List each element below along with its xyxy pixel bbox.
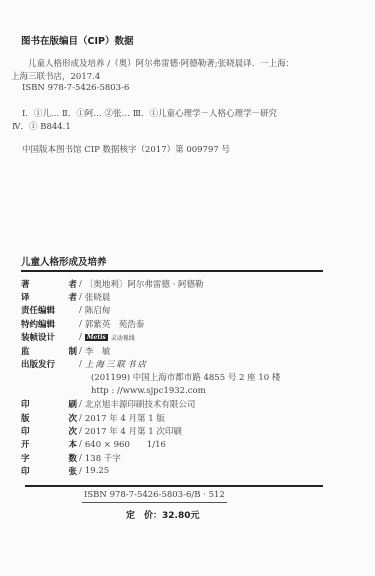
- publisher-website: http : //www.sjpc1932.com: [21, 384, 280, 397]
- cip-line-2: 上海三联书店，2017.4: [11, 70, 100, 82]
- credit-author: 著者 /〔奥地利〕阿尔弗雷德 · 阿德勒: [21, 277, 280, 290]
- credit-word-count: 字数 /138 千字: [21, 451, 280, 464]
- credit-supervisor: 监制 /李 敏: [21, 344, 280, 357]
- cip-line-1: 儿童人格形成及培养 /（奥）阿尔弗雷德·阿德勒著;张晓晨译．一上海：: [28, 57, 294, 69]
- cip-verification: 中国版本图书馆 CIP 数据核字（2017）第 009797 号: [22, 143, 230, 155]
- book-title: 儿童人格形成及培养: [21, 254, 107, 268]
- cip-isbn: ISBN 978-7-5426-5803-6: [22, 83, 129, 93]
- price: 定 价：32.80元: [126, 508, 199, 521]
- credit-design: 装帧设计 / Metis 灵动视线: [21, 331, 280, 344]
- credit-edition: 版次 /2017 年 4 月第 1 版: [21, 411, 280, 424]
- cip-title: 图书在版编目（CIP）数据: [21, 33, 133, 47]
- credits-block: 著者 /〔奥地利〕阿尔弗雷德 · 阿德勒 译者 /张晓晨 责任编辑 /陈启甸 特…: [21, 277, 280, 478]
- credit-editor: 责任编辑 /陈启甸: [21, 304, 280, 317]
- cip-line-5: Ⅳ．① B844.1: [12, 120, 71, 132]
- cip-line-4: Ⅰ．①儿… Ⅱ．①阿… ②张… Ⅲ．①儿童心理学－人格心理学－研究: [22, 107, 277, 119]
- credit-translator: 译者 /张晓晨: [21, 290, 280, 303]
- credit-sheets: 印张 /19.25: [21, 464, 280, 477]
- title-rule: [21, 270, 323, 272]
- publisher-logotype: 上海三联书店: [85, 358, 148, 370]
- metis-logo-icon: Metis: [85, 334, 108, 341]
- publisher-address: (201199) 中国上海市都市路 4855 号 2 座 10 楼: [21, 371, 280, 384]
- credit-publisher: 出版发行 /上海三联书店: [21, 357, 280, 370]
- credit-format: 开本 /640 × 960 1/16: [21, 438, 280, 451]
- credit-printing: 印次 /2017 年 4 月第 1 次印刷: [21, 424, 280, 437]
- footer-rule: [25, 485, 323, 487]
- credit-special-editor: 特约编辑 /郭紫英 苑浩泰: [21, 317, 280, 330]
- credit-printer: 印刷 /北京旭丰源印刷技术有限公司: [21, 398, 280, 411]
- footer-isbn: ISBN 978-7-5426-5803-6/B · 512: [82, 490, 227, 503]
